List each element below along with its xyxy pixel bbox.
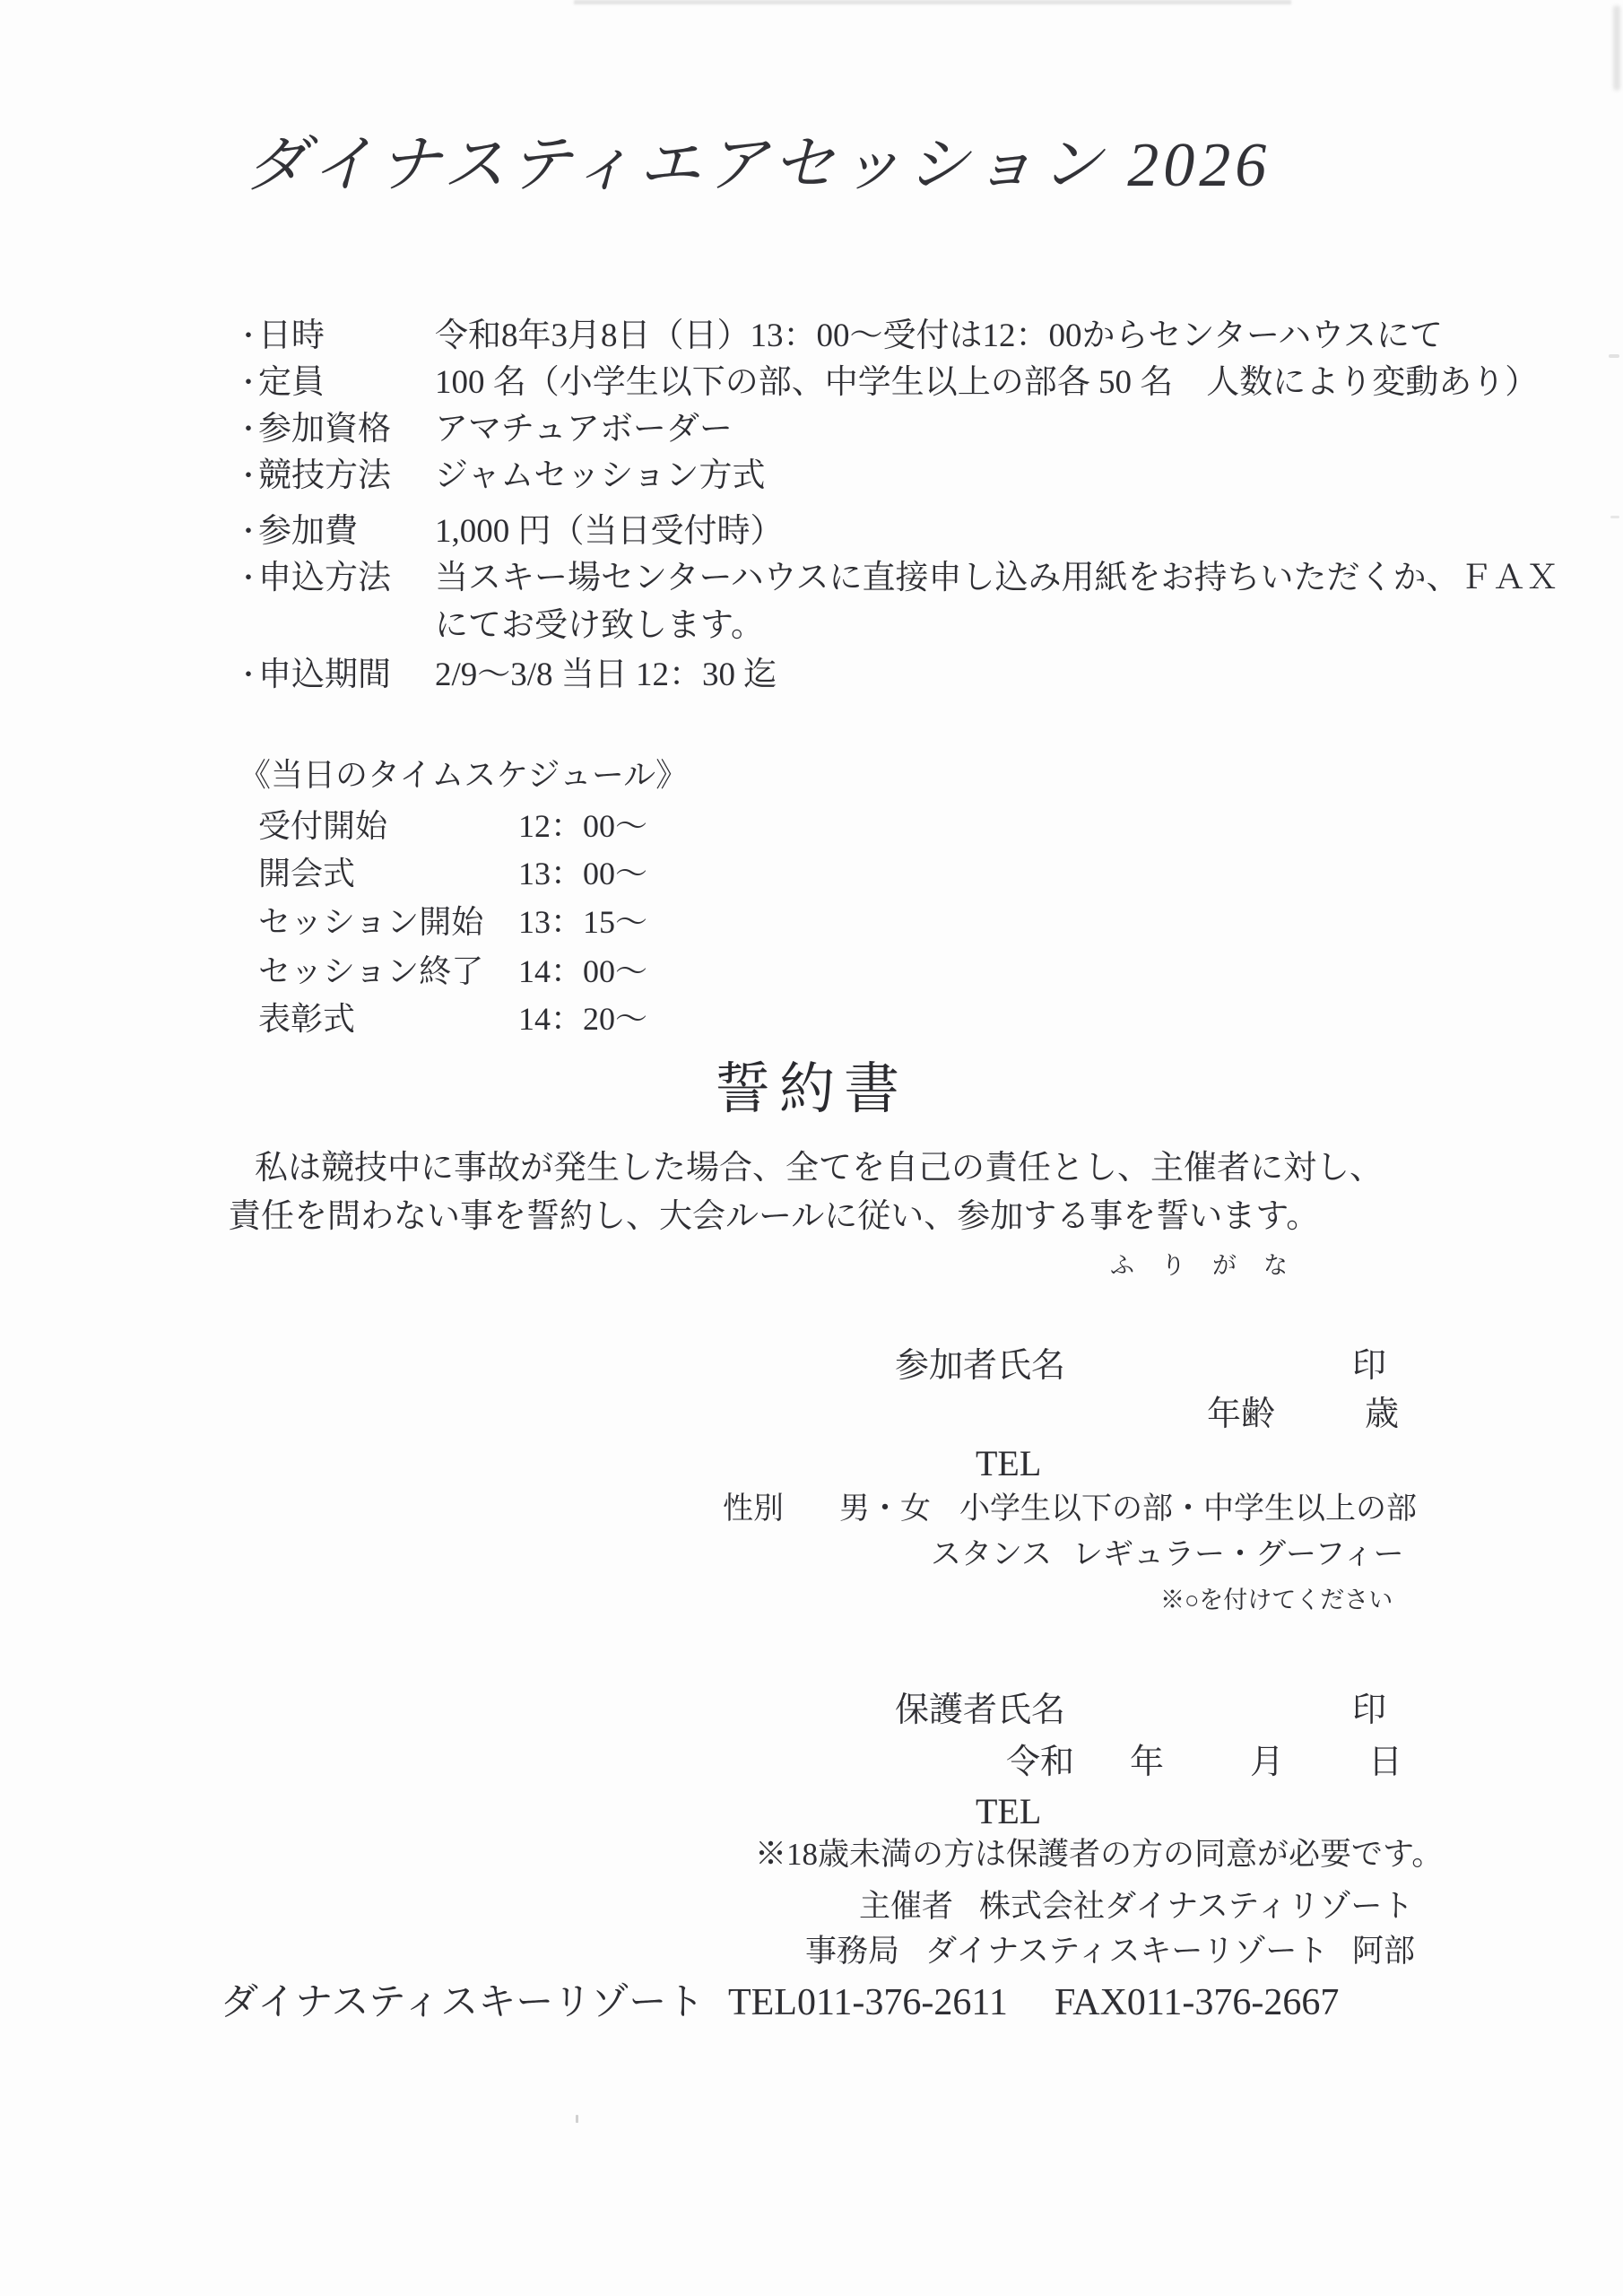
schedule-row: 受付開始 12：00～: [258, 810, 647, 842]
scan-artifact-right-dash2: [1610, 516, 1619, 518]
bullet: ・: [235, 561, 258, 595]
info-value: ジャムセッション方式: [435, 459, 766, 492]
circle-instruction-note: ※○を付けてください: [1160, 1588, 1393, 1613]
participant-age-unit: 歳: [1365, 1397, 1399, 1431]
pledge-heading: 誓約書: [0, 1062, 1623, 1118]
page-title: ダイナスティエアセッション 2026: [245, 135, 1271, 197]
schedule-row: セッション終了 14：00～: [258, 955, 647, 987]
scan-artifact-speck: [576, 2115, 578, 2123]
gender-options: 男・女: [839, 1494, 931, 1525]
bullet: ・: [235, 515, 258, 548]
schedule-time: 14：00～: [518, 955, 647, 987]
info-label: [258, 609, 435, 642]
footer-fax: FAX011-376-2667: [1055, 1984, 1339, 2022]
office-value: ダイナスティスキーリゾート: [925, 1935, 1328, 1967]
info-label: 申込期間: [258, 658, 435, 691]
guardian-name-label: 保護者氏名: [895, 1693, 1065, 1727]
footer-tel: TEL011-376-2611: [728, 1984, 1008, 2022]
schedule-row: 開会式 13：00～: [258, 857, 647, 890]
participant-age-label: 年齢: [1207, 1397, 1275, 1431]
schedule-label: セッション終了: [258, 955, 518, 987]
scan-artifact-top-smudge: [574, 0, 1291, 4]
schedule-time: 12：00～: [518, 810, 647, 842]
info-row-application: ・ 申込方法 当スキー場センターハウスに直接申し込み用紙をお持ちいただくか、ＦＡ…: [235, 561, 1559, 595]
info-value: 当スキー場センターハウスに直接申し込み用紙をお持ちいただくか、ＦＡＸ: [435, 561, 1559, 595]
office-label: 事務局: [805, 1935, 899, 1967]
info-label: 競技方法: [258, 459, 435, 492]
info-row-period: ・ 申込期間 2/9～3/8 当日 12：30 迄: [235, 658, 777, 691]
info-row-date: ・ 日時 令和8年3月8日（日）13：00～受付は12：00からセンターハウスに…: [235, 319, 1443, 352]
bullet: ・: [235, 658, 258, 691]
participant-tel-label: TEL: [976, 1446, 1041, 1482]
bullet: [235, 609, 258, 642]
info-label: 参加費: [258, 515, 435, 548]
pledge-text-line1: 私は競技中に事故が発生した場合、全てを自己の責任とし、主催者に対し、: [255, 1152, 1383, 1185]
participant-seal-label: 印: [1352, 1349, 1386, 1383]
date-month-label: 月: [1250, 1745, 1284, 1779]
participant-name-label: 参加者氏名: [895, 1349, 1065, 1383]
schedule-time: 13：15～: [518, 906, 647, 938]
host-value: 株式会社ダイナスティリゾート: [979, 1891, 1413, 1922]
info-row-fee: ・ 参加費 1,000 円（当日受付時）: [235, 515, 784, 548]
schedule-time: 13：00～: [518, 857, 647, 890]
guardian-tel-label: TEL: [976, 1794, 1041, 1830]
info-value: 令和8年3月8日（日）13：00～受付は12：00からセンターハウスにて: [435, 319, 1443, 352]
bullet: ・: [235, 319, 258, 352]
info-row-eligibility: ・ 参加資格 アマチュアボーダー: [235, 413, 733, 446]
info-value: 100 名（小学生以下の部、中学生以上の部各 50 名 人数により変動あり）: [435, 366, 1538, 399]
scan-artifact-right-edge: [1613, 5, 1620, 91]
minor-consent-note: ※18歳未満の方は保護者の方の同意が必要です。: [755, 1839, 1443, 1870]
info-value: にてお受け致します。: [435, 609, 764, 642]
division-options: 小学生以下の部・中学生以上の部: [959, 1494, 1417, 1525]
schedule-time: 14：20～: [518, 1003, 647, 1035]
bullet: ・: [235, 459, 258, 492]
info-value: 2/9～3/8 当日 12：30 迄: [435, 658, 777, 691]
schedule-label: セッション開始: [258, 906, 518, 938]
host-label: 主催者: [859, 1891, 953, 1922]
info-value: アマチュアボーダー: [435, 413, 733, 446]
stance-label: スタンス: [931, 1540, 1052, 1570]
info-row-application-cont: にてお受け致します。: [235, 609, 764, 642]
pledge-text-line2: 責任を問わない事を誓約し、大会ルールに従い、参加する事を誓います。: [228, 1200, 1319, 1233]
stance-options: レギュラー・グーフィー: [1072, 1540, 1404, 1570]
date-day-label: 日: [1368, 1745, 1402, 1779]
info-label: 定員: [258, 366, 435, 399]
office-contact-person: 阿部: [1352, 1935, 1415, 1967]
info-row-format: ・ 競技方法 ジャムセッション方式: [235, 459, 766, 492]
info-label: 参加資格: [258, 413, 435, 446]
date-era-label: 令和: [1006, 1745, 1074, 1779]
date-year-label: 年: [1130, 1745, 1164, 1779]
schedule-row: 表彰式 14：20～: [258, 1003, 647, 1035]
footer-resort-name: ダイナスティスキーリゾート: [221, 1984, 704, 2022]
info-value: 1,000 円（当日受付時）: [435, 515, 784, 548]
scan-artifact-right-dash: [1609, 354, 1619, 358]
info-label: 日時: [258, 319, 435, 352]
schedule-heading: 《当日のタイムスケジュール》: [239, 759, 688, 791]
document-page: ダイナスティエアセッション 2026 ・ 日時 令和8年3月8日（日）13：00…: [0, 0, 1623, 2296]
bullet: ・: [235, 413, 258, 446]
schedule-label: 表彰式: [258, 1003, 518, 1035]
schedule-label: 開会式: [258, 857, 518, 890]
schedule-row: セッション開始 13：15～: [258, 906, 647, 938]
furigana-label: ふりがな: [1110, 1254, 1315, 1278]
bullet: ・: [235, 366, 258, 399]
guardian-seal-label: 印: [1352, 1693, 1386, 1727]
info-label: 申込方法: [258, 561, 435, 595]
schedule-label: 受付開始: [258, 810, 518, 842]
info-row-capacity: ・ 定員 100 名（小学生以下の部、中学生以上の部各 50 名 人数により変動…: [235, 366, 1538, 399]
gender-label: 性別: [723, 1494, 784, 1525]
